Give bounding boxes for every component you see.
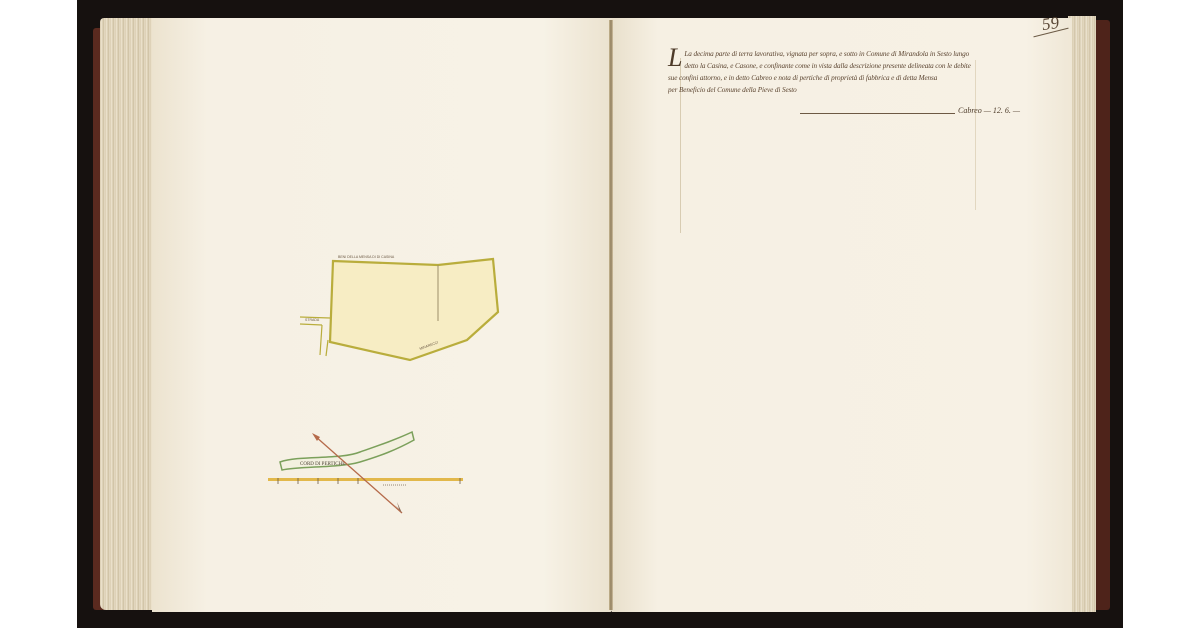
amount-value: — 12. 6. — <box>984 106 1020 115</box>
entry-line: La decima parte di terra lavorativa, vig… <box>684 48 978 60</box>
parcel-polygon <box>330 259 498 360</box>
entry-dash-line <box>800 113 955 115</box>
parcel-label-top: BENI DELLA MENSA DI DI CASINA <box>338 255 395 259</box>
road-line <box>320 325 322 355</box>
scale-bar-label: • • • • • • • • • • • • <box>383 483 406 487</box>
entry-line: per Beneficio del Comune della Pieve di … <box>668 84 978 96</box>
entry-amount: Cabreo — 12. 6. — <box>958 106 1020 115</box>
entry-line: sue confini attorno, e in detto Cabreo e… <box>668 72 978 84</box>
parcel-map: BENI DELLA MENSA DI DI CASINA STRADA MIN… <box>0 0 1200 628</box>
scale-ribbon-text: CORD DI PERTICHE <box>300 462 345 467</box>
entry-initial: L <box>668 46 682 70</box>
amount-label: Cabreo <box>958 106 982 115</box>
entry-line: detto la Casina, e Casone, e confinante … <box>684 60 978 72</box>
parcel-label-road: STRADA <box>305 318 320 322</box>
register-entry: L La decima parte di terra lavorativa, v… <box>668 48 978 96</box>
road-line <box>300 324 322 325</box>
road-line <box>326 340 328 356</box>
